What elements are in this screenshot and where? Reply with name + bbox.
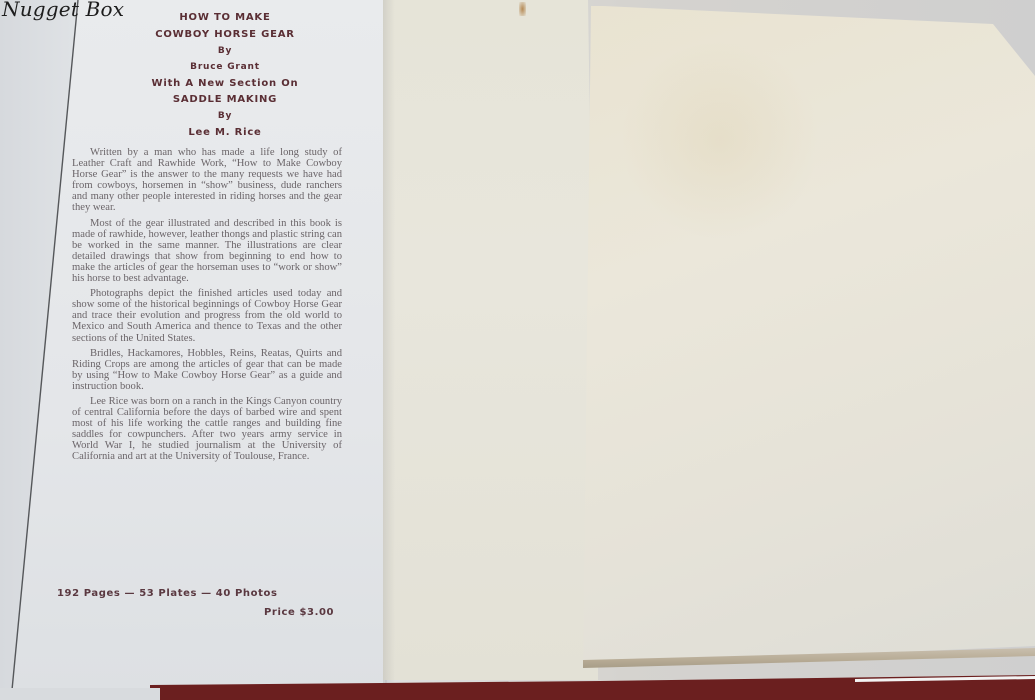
page-foxing	[620, 40, 820, 240]
table-surface	[0, 688, 160, 700]
blurb-text: Written by a man who has made a life lon…	[72, 147, 342, 467]
subtitle: With A New Section On	[60, 78, 390, 89]
section-title: SADDLE MAKING	[60, 94, 390, 105]
by-label-1: By	[60, 46, 390, 56]
flyleaf-page	[383, 0, 598, 680]
book-stats: 192 Pages — 53 Plates — 40 Photos	[57, 588, 278, 599]
blurb-paragraph: Most of the gear illustrated and describ…	[72, 218, 342, 285]
by-label-2: By	[60, 111, 390, 121]
book-price: Price $3.00	[264, 607, 334, 618]
blurb-paragraph: Lee Rice was born on a ranch in the King…	[72, 396, 342, 463]
author-2: Lee M. Rice	[60, 127, 390, 138]
blurb-paragraph: Written by a man who has made a life lon…	[72, 147, 342, 214]
blurb-paragraph: Bridles, Hackamores, Hobbles, Reins, Rea…	[72, 348, 342, 392]
blurb-paragraph: Photographs depict the finished articles…	[72, 288, 342, 343]
page-stain	[519, 2, 526, 16]
book-title-line-1: HOW TO MAKE	[60, 12, 390, 23]
book-title-line-2: COWBOY HORSE GEAR	[60, 29, 390, 40]
author-1: Bruce Grant	[60, 62, 390, 72]
